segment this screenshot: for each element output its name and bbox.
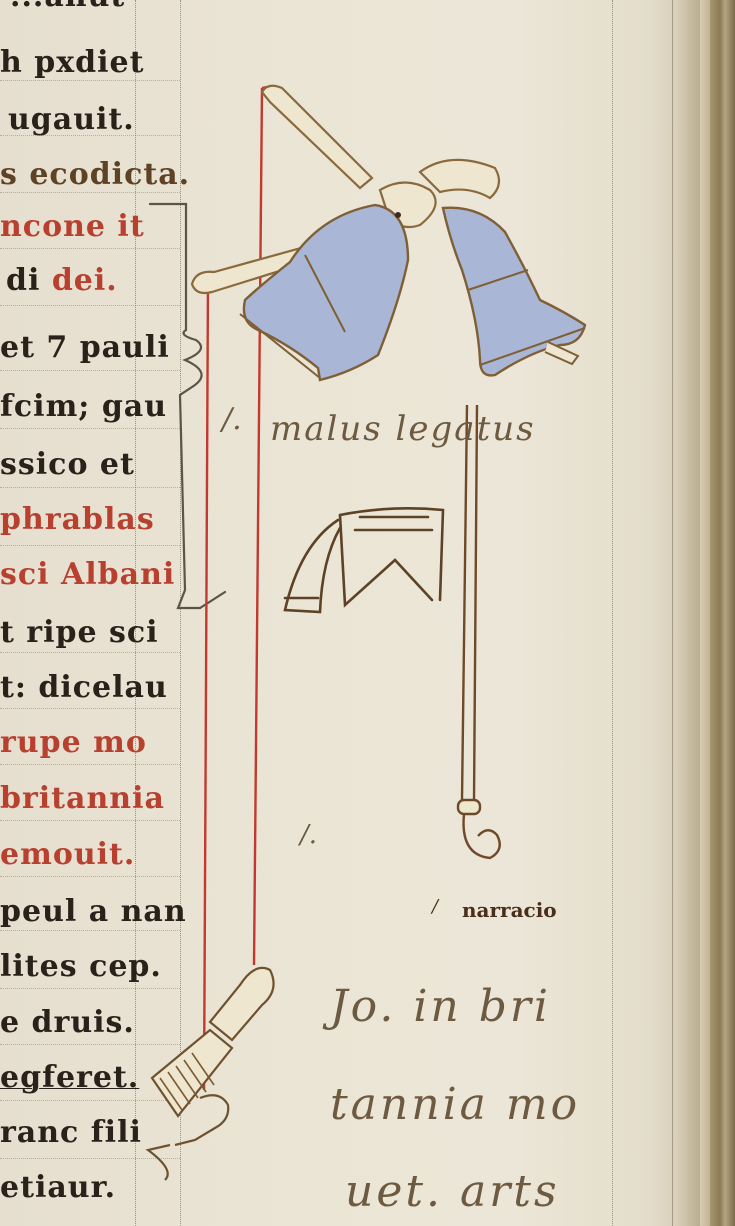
book-spine-edge [710,0,735,1226]
gloss-mark: /. [222,405,242,435]
note-line: uet. arts [345,1170,560,1214]
bell-rope-curl-icon [458,405,500,858]
gloss-mark: /. [300,822,317,848]
bell-left-icon [240,205,408,380]
gloss-malus-legatus: malus legatus [270,412,536,446]
note-line: Jo. in bri [330,985,551,1029]
gloss-narracio: narracio [462,900,557,920]
bell-rope-icon [204,86,272,1090]
hand-pulling-rope-icon [148,968,274,1180]
page-fold [700,0,710,1226]
bell-right-icon [443,208,585,376]
note-line: tannia mo [330,1083,580,1127]
illustration-layer [0,0,735,1226]
mitre-icon [285,508,443,612]
gloss-mark: / [432,898,438,916]
manuscript-page: ...anut h pxdiet ugauit. s ecodicta. nco… [0,0,735,1226]
margin-bracket-icon [150,204,225,608]
